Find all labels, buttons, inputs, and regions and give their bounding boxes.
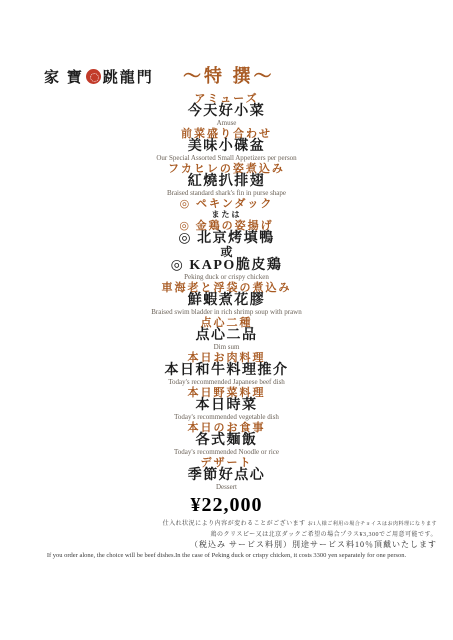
course-menu: アミューズ今天好小菜Amuse前菜盛り合わせ美味小碟盆Our Special A…	[0, 92, 453, 561]
restaurant-logo: 家 寶 跳龍門	[44, 66, 154, 87]
course-price: ¥22,000	[0, 494, 453, 516]
menu-lines: アミューズ今天好小菜Amuse前菜盛り合わせ美味小碟盆Our Special A…	[0, 93, 453, 491]
menu-line: Today's recommended Noodle or rice	[0, 448, 453, 456]
footnote-jp-1-sub: お1人様ご利用の場合チョイスはお肉料理になります	[308, 522, 437, 527]
menu-line: または	[0, 210, 453, 219]
menu-line: 本日時菜	[0, 399, 453, 413]
footnote-jp-1-main: 仕入れ状況により内容が変わることがございます	[163, 521, 306, 527]
menu-line: 紅燒扒排翅	[0, 175, 453, 189]
menu-line: Today's recommended Japanese beef dish	[0, 378, 453, 386]
logo-text-right: 跳龍門	[103, 66, 154, 87]
menu-page: 家 寶 跳龍門 ～特 撰～ アミューズ今天好小菜Amuse前菜盛り合わせ美味小碟…	[0, 0, 453, 640]
menu-line: Amuse	[0, 119, 453, 127]
menu-line: Braised standard shark's fin in purse sh…	[0, 189, 453, 197]
menu-line: 点心二品	[0, 329, 453, 343]
footnote-jp-3: （税込み サービス料別）別途サービス料10％頂戴いたします	[0, 540, 453, 550]
menu-line: 鮮蝦煮花膠	[0, 294, 453, 308]
menu-line: Our Special Assorted Small Appetizers pe…	[0, 154, 453, 162]
menu-line: Dim sum	[0, 343, 453, 351]
menu-line: 今天好小菜	[0, 105, 453, 119]
footnotes: 仕入れ状況により内容が変わることがございます お1人様ご利用の場合チョイスはお肉…	[0, 519, 453, 561]
menu-line: 各式麺飯	[0, 434, 453, 448]
logo-text-left: 家 寶	[44, 66, 84, 87]
menu-line: 美味小碟盆	[0, 140, 453, 154]
menu-line: Dessert	[0, 483, 453, 491]
footnote-jp-2: 鶏のクリスピー又は北京ダックご希望の場合プラス¥3,300でご用意可能です。	[0, 530, 453, 540]
menu-line: Braised swim bladder in rich shrimp soup…	[0, 308, 453, 316]
menu-line: Peking duck or crispy chicken	[0, 273, 453, 281]
menu-line: ◎ 北京烤填鴨	[0, 232, 453, 246]
footnote-jp-1: 仕入れ状況により内容が変わることがございます お1人様ご利用の場合チョイスはお肉…	[0, 519, 453, 530]
course-title: ～特 撰～	[183, 62, 275, 88]
menu-header: 家 寶 跳龍門 ～特 撰～	[0, 62, 453, 90]
menu-line: ◎ KAPO脆皮鶏	[0, 259, 453, 273]
menu-line: 季節好点心	[0, 469, 453, 483]
footnote-en: If you order alone, the choice will be b…	[0, 551, 453, 561]
menu-line: ◎ ペキンダック	[0, 198, 453, 210]
menu-line: 本日和牛料理推介	[0, 364, 453, 378]
red-seal-icon	[86, 69, 101, 84]
menu-line: Today's recommended vegetable dish	[0, 413, 453, 421]
